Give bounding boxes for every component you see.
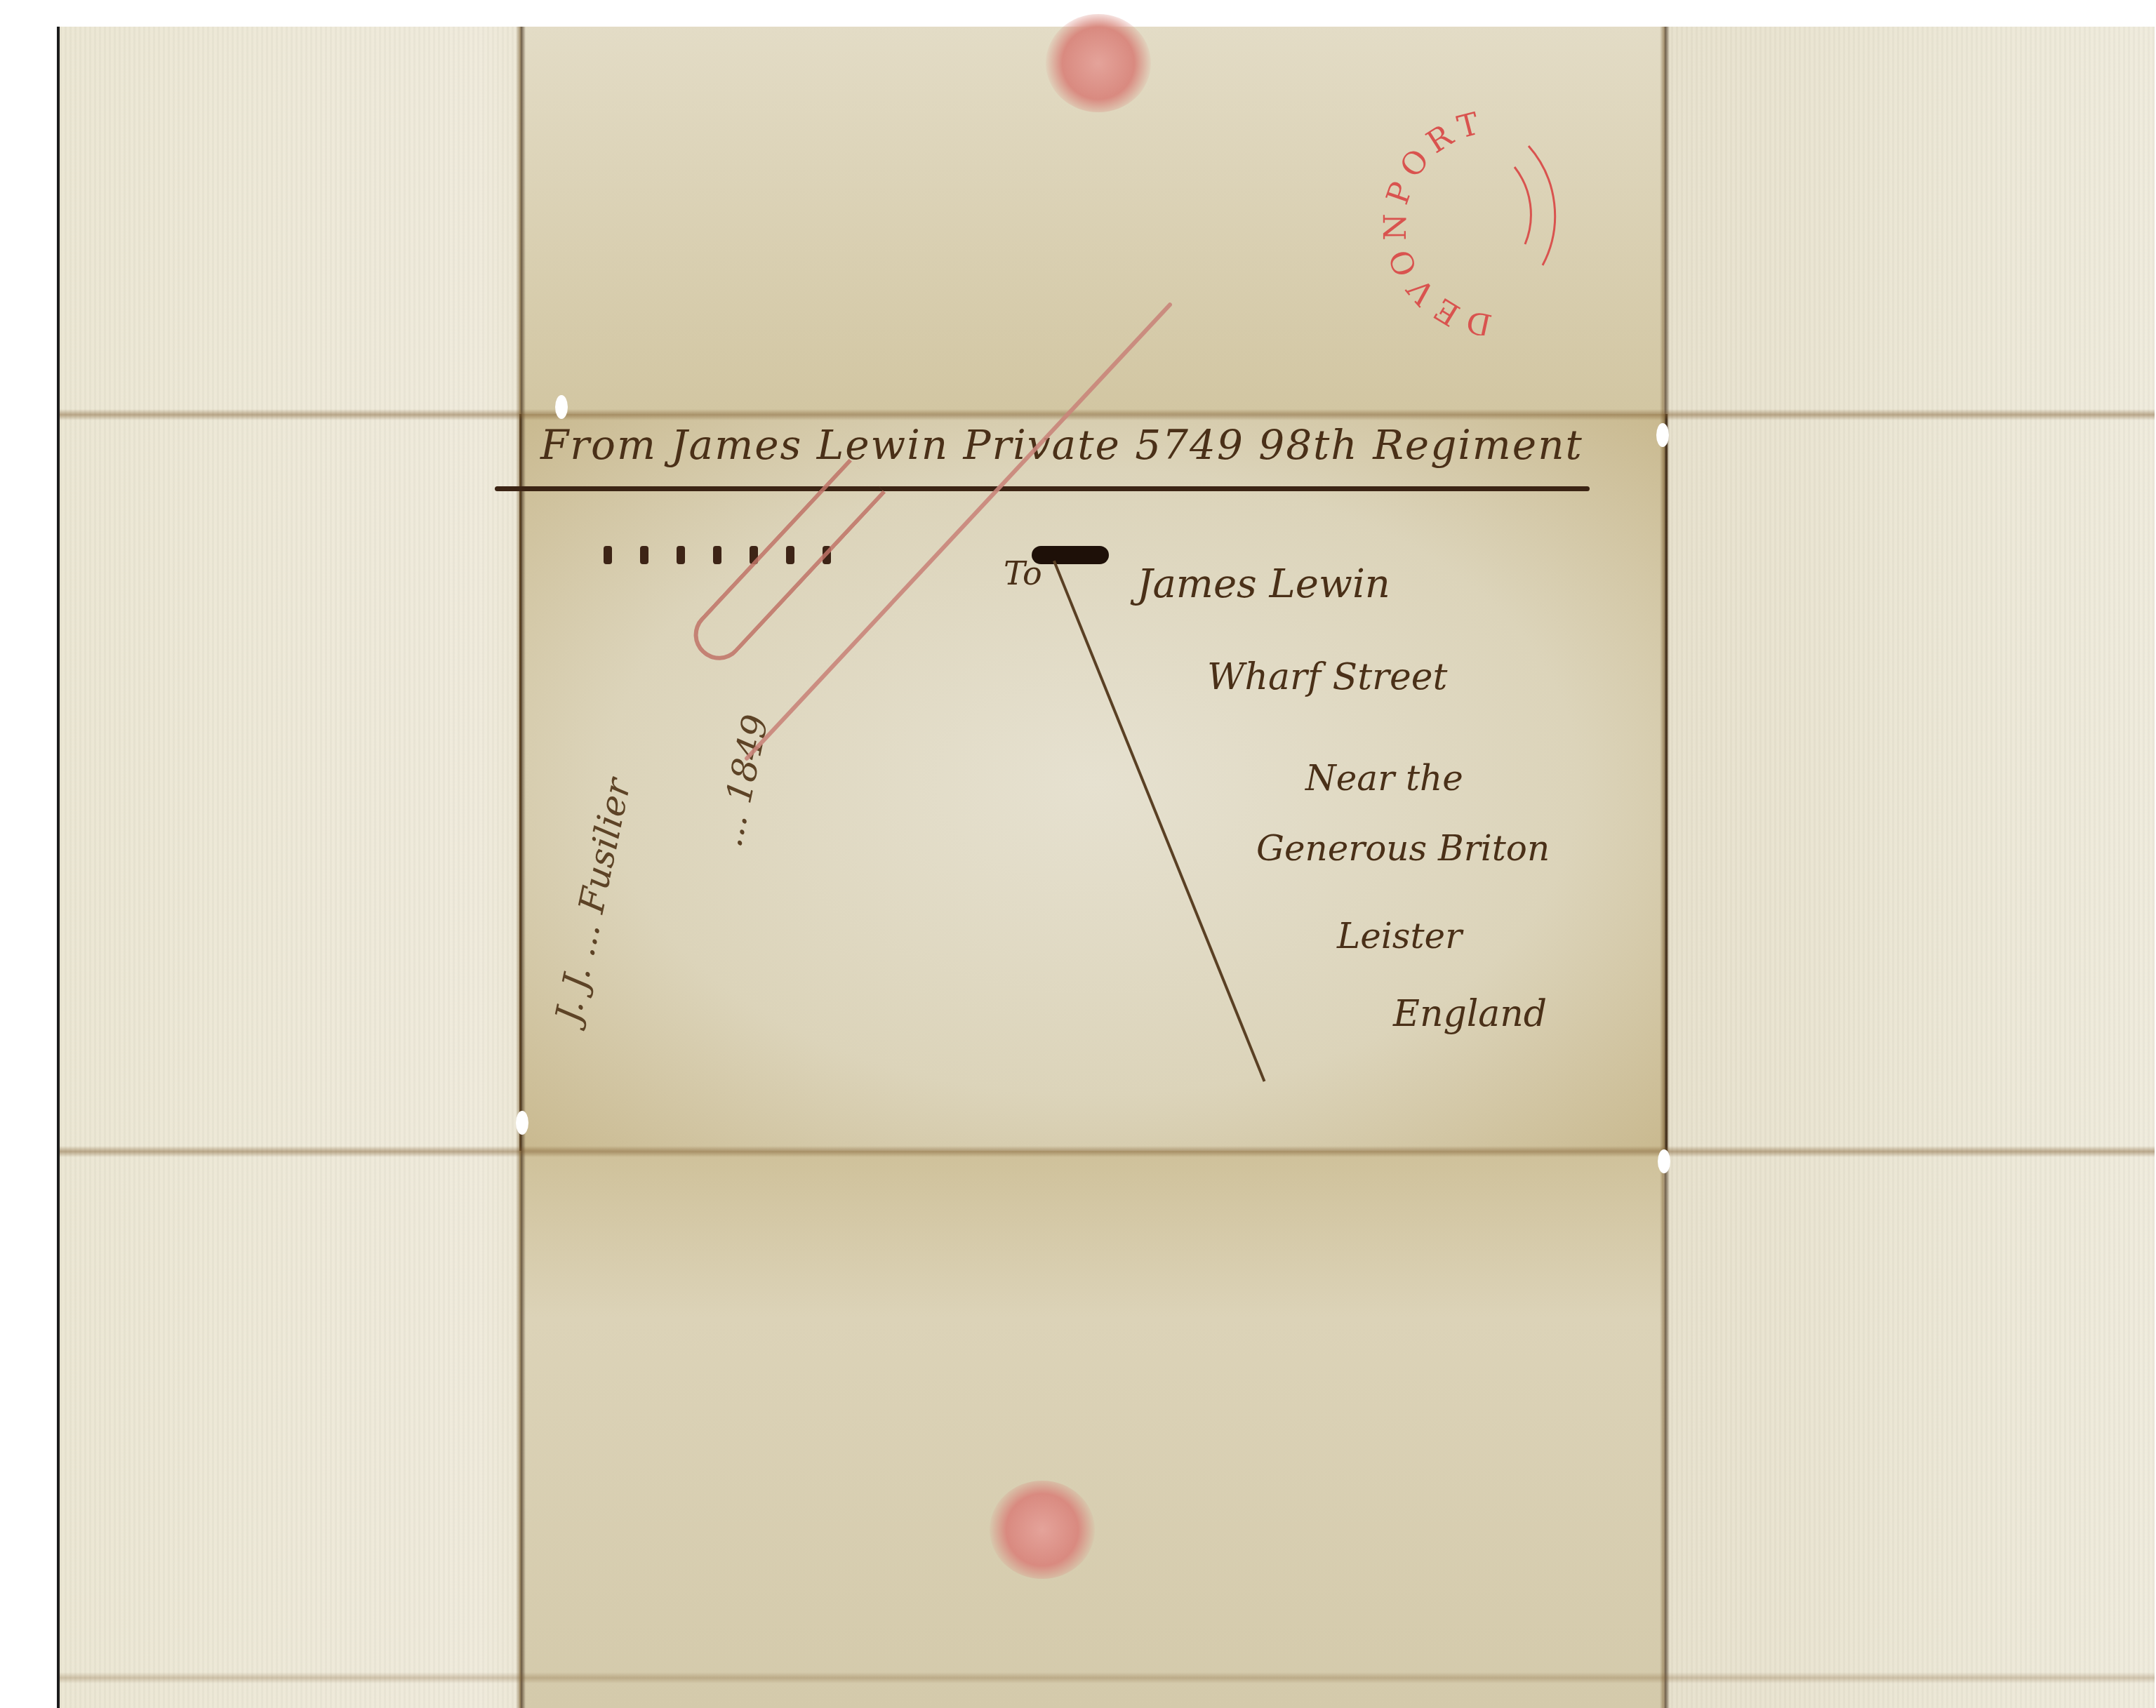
underline-rule <box>495 486 1590 491</box>
postmark-text: DEVONPORT <box>1378 104 1495 335</box>
sender-line: From James Lewin Private 5749 98th Regim… <box>540 421 1583 469</box>
paper-hole <box>1658 1149 1670 1173</box>
address-line-name: James Lewin <box>1137 561 1390 607</box>
devonport-postmark: DEVONPORT <box>1367 104 1599 335</box>
fold-line-base <box>60 1672 2155 1683</box>
address-prefix: To <box>1004 554 1042 592</box>
ink-blot <box>1032 546 1109 564</box>
address-panel <box>519 414 1668 1151</box>
svg-text:DEVONPORT: DEVONPORT <box>1378 104 1495 335</box>
address-line-city: Leister <box>1337 916 1462 956</box>
fold-line-bottom <box>60 1146 2155 1157</box>
red-wax-seal-top <box>1046 14 1151 112</box>
paper-hole <box>1656 423 1669 447</box>
red-wax-seal-bottom <box>990 1481 1095 1579</box>
paper-hole <box>516 1111 528 1135</box>
address-line-country: England <box>1393 993 1547 1035</box>
letter-sheet <box>60 27 2155 1708</box>
address-line-street: Wharf Street <box>1207 656 1447 698</box>
paper-hole <box>555 395 568 419</box>
bottom-flap <box>519 1151 1663 1708</box>
fold-line-top <box>60 409 2155 420</box>
fold-line-right <box>1660 27 1670 1708</box>
fold-line-left <box>516 27 526 1708</box>
address-line-landmark: Generous Briton <box>1256 828 1550 869</box>
address-line-near: Near the <box>1305 758 1463 799</box>
